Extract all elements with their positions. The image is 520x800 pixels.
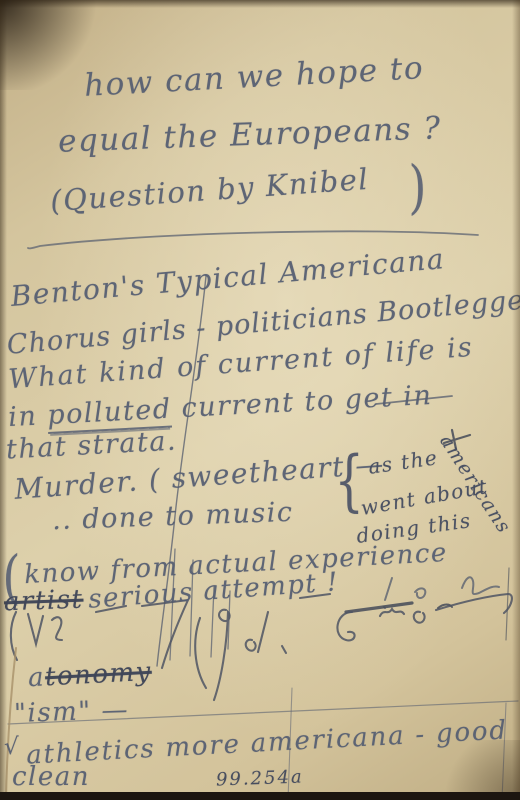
photo-edge-top [0, 0, 520, 8]
polluted-suffix: current to get in [181, 380, 433, 424]
photo-edge-bottom [0, 792, 520, 800]
attempt-trailing-marks [384, 577, 499, 608]
note-done-to-music: .. done to music [52, 499, 294, 534]
scribble-strike [346, 568, 509, 640]
note-ism: "ism" — [14, 697, 130, 727]
heading-line-1: how can we hope to [83, 53, 424, 102]
accession-number: 99.254a [216, 768, 304, 789]
atonomy-struck: tonomy [44, 657, 152, 693]
photo-edge-right [512, 0, 520, 800]
heading-attribution: (Question by Knibel [49, 165, 370, 216]
photo-corner-shadow-top-left [0, 0, 110, 90]
note-artist-struck: artist [4, 587, 84, 616]
polluted-prefix: in [7, 401, 38, 433]
atonomy-prefix: a [27, 662, 46, 693]
notebook-page-photo: how can we hope to equal the Europeans ?… [0, 0, 520, 800]
note-clean: clean [12, 764, 90, 790]
attribution-close-paren: ) [408, 158, 427, 216]
note-that-strata: that strata. [5, 428, 177, 464]
heading-line-2: equal the Europeans ? [58, 113, 442, 157]
photo-corner-shadow-bottom-right [430, 740, 520, 800]
attribution-text: Question by Knibel [62, 162, 370, 217]
note-atonomy: atonomy [27, 659, 152, 691]
photo-edge-left [0, 0, 7, 800]
